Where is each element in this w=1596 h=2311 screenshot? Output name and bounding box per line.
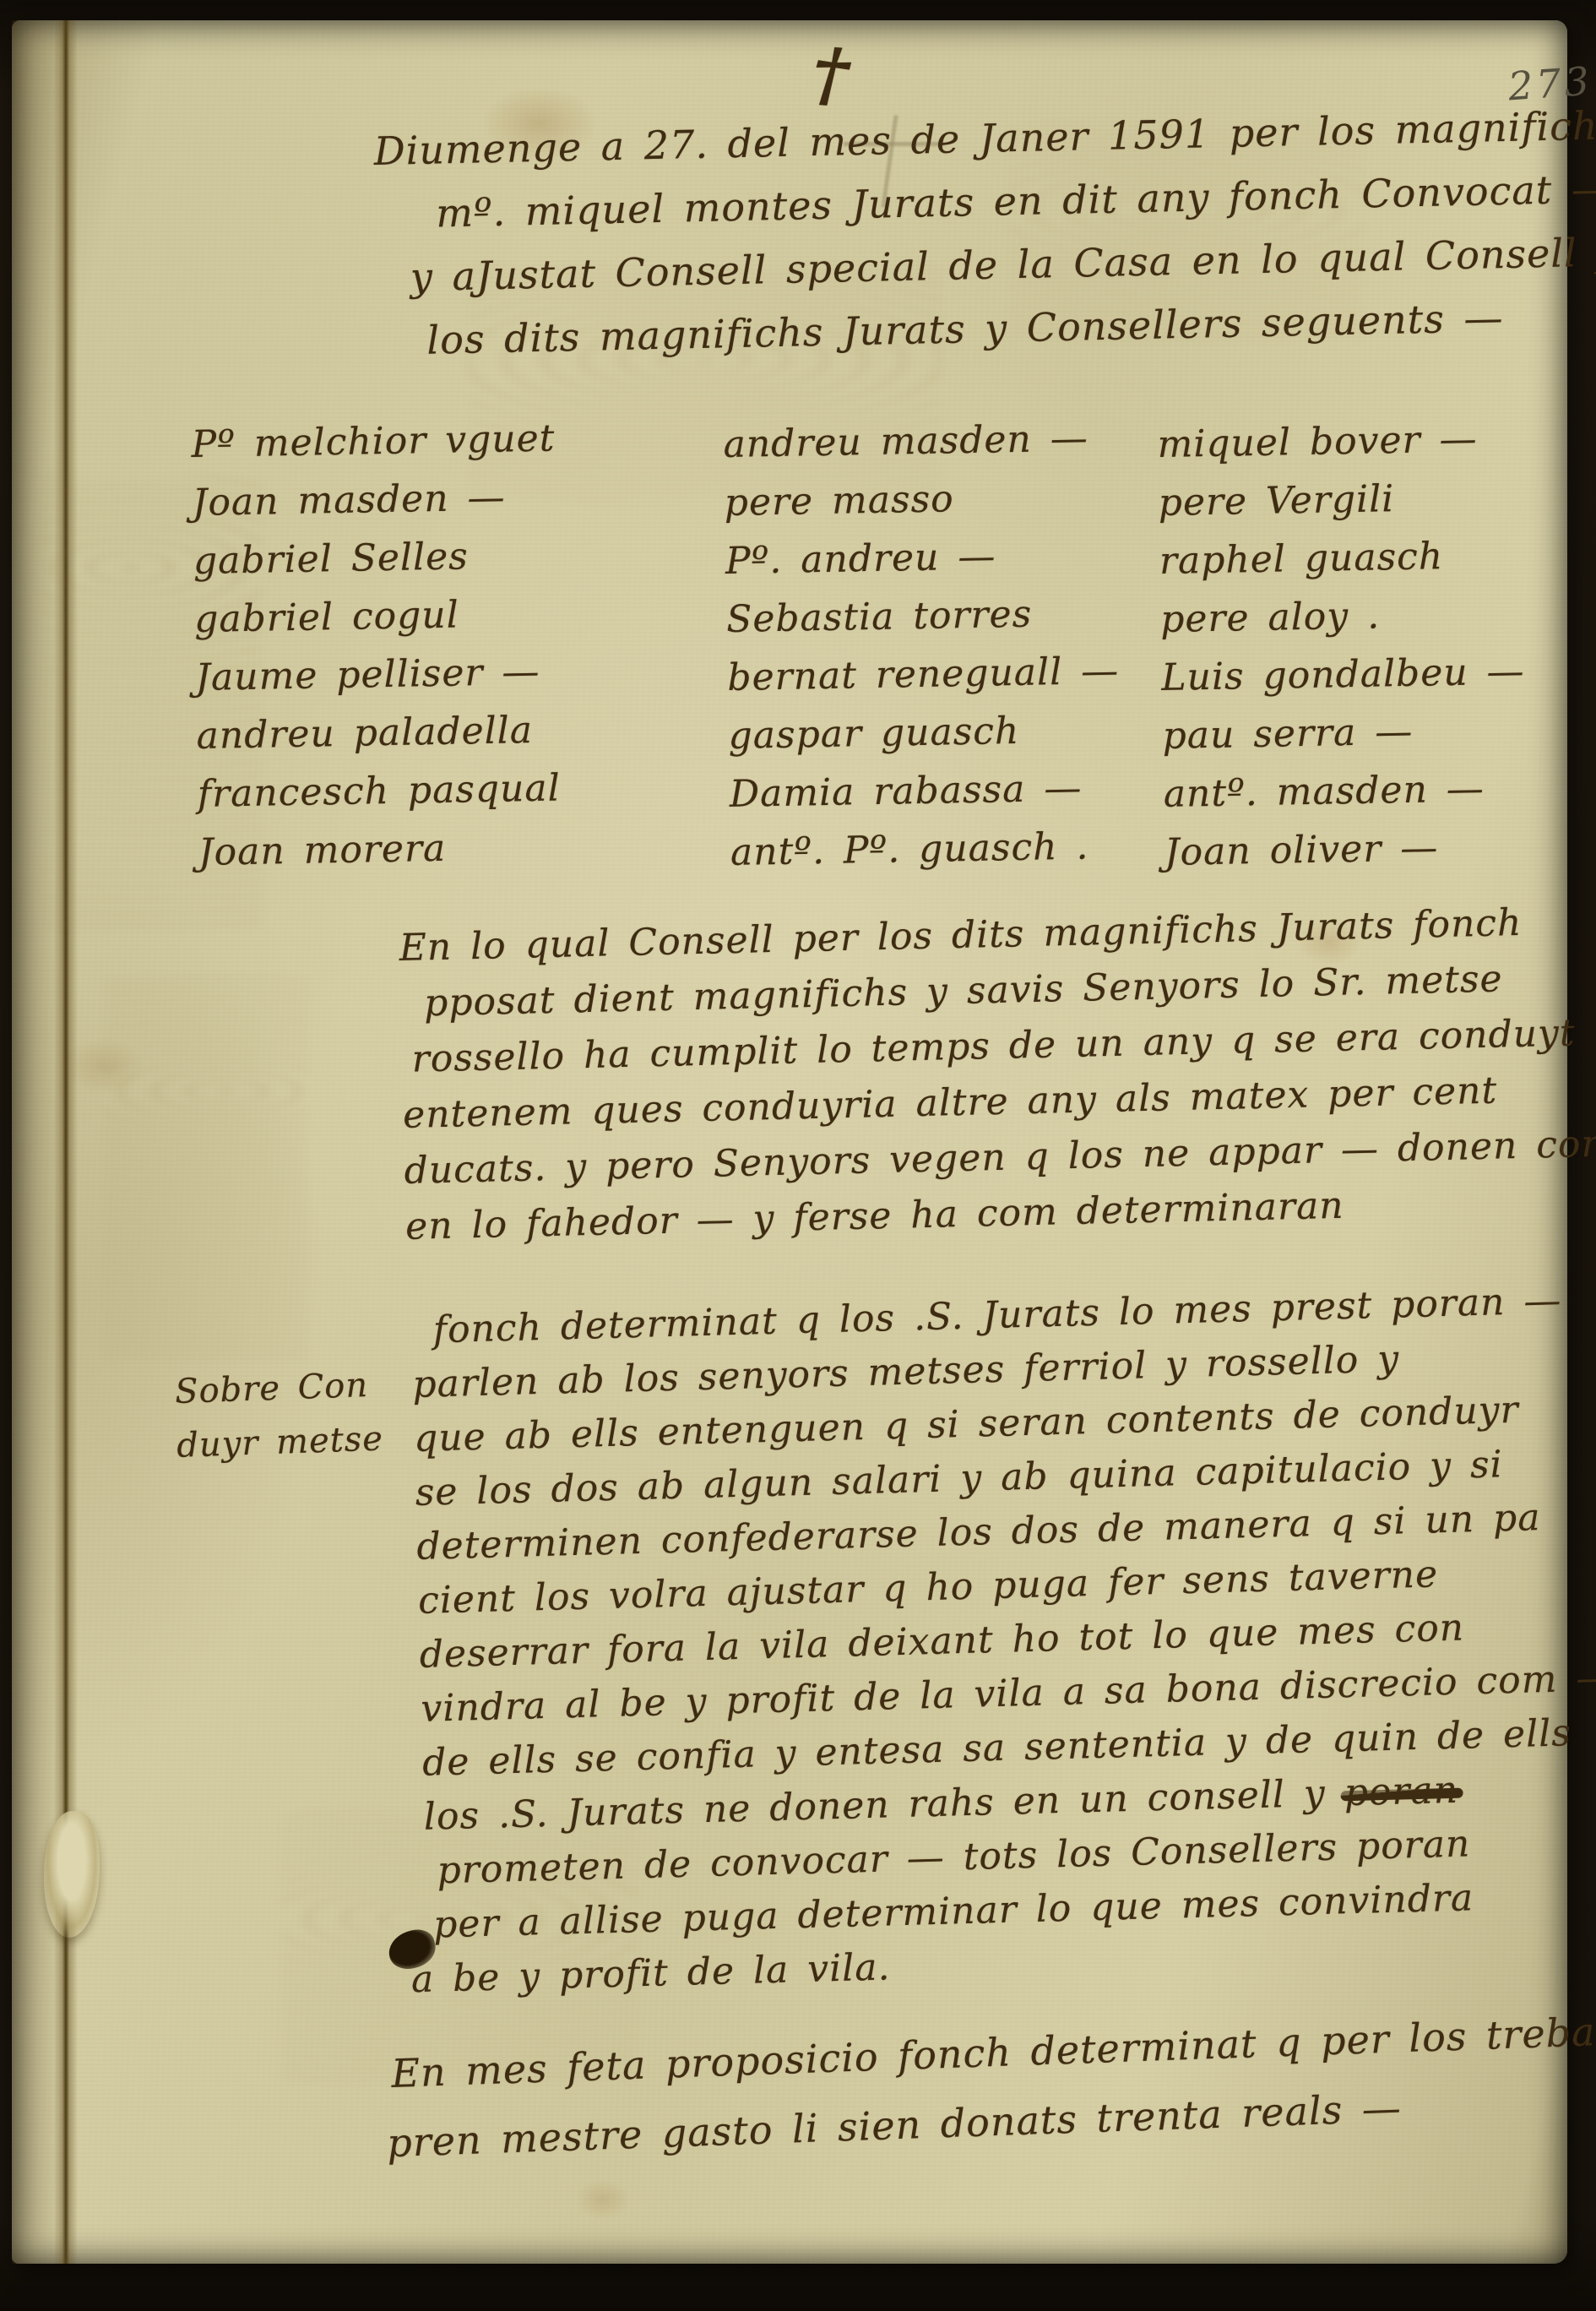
margin-note-line: duyr metse — [176, 1411, 384, 1473]
attendee-name: gabriel Selles — [193, 525, 557, 590]
attendee-name: bernat reneguall — — [727, 642, 1120, 707]
attendee-column-2: andreu masden — pere masso Pº. andreu — … — [723, 409, 1122, 882]
attendee-name: Sebastia torres — [726, 584, 1119, 649]
attendee-name: miquel bover — — [1157, 409, 1521, 473]
attendee-name: Damia rabassa — — [729, 759, 1121, 824]
attendee-name: andreu masden — — [723, 409, 1116, 474]
paper-damage — [44, 1811, 100, 1938]
gutter-shadow — [12, 20, 57, 2264]
attendee-column-3: miquel bover — pere Vergili raphel guasc… — [1157, 409, 1528, 881]
attendee-name: gabriel cogul — [194, 584, 559, 649]
attendee-name: pau serra — — [1162, 700, 1526, 764]
attendee-name: antº. Pº. guasch . — [730, 817, 1122, 882]
attendee-name: Jaume pelliser — — [195, 642, 560, 707]
attendee-name: Luis gondalbeu — — [1161, 642, 1525, 706]
invocation-cross-icon: † — [810, 31, 853, 117]
attendee-name: andreu paladella — [196, 700, 561, 765]
council-paragraph: En lo qual Consell per los dits magnific… — [399, 892, 1596, 1255]
attendee-name: raphel guasch — [1159, 525, 1523, 590]
attendee-name: Pº melchior vguet — [191, 409, 556, 474]
attendee-name: pere Vergili — [1158, 467, 1522, 531]
attendee-name: Pº. andreu — — [725, 525, 1117, 590]
closing-paragraph: En mes feta proposicio fonch determinat … — [390, 1995, 1596, 2178]
attendee-name: Joan morera — [198, 817, 562, 882]
attendee-column-1: Pº melchior vguet Joan masden — gabriel … — [191, 409, 562, 881]
attendee-name: gaspar guasch — [728, 700, 1121, 765]
struck-word: poran — [1344, 1769, 1459, 1815]
heading-paragraph: Diumenge a 27. del mes de Janer 1591 per… — [373, 92, 1596, 373]
ink-bleedthrough — [105, 975, 307, 1363]
attendee-name: pere masso — [724, 467, 1116, 532]
manuscript-scan: † 273 Diumenge a 27. del mes de Janer 15… — [0, 0, 1596, 2311]
attendee-name: Joan masden — — [192, 467, 556, 532]
attendee-name: Joan oliver — — [1164, 817, 1528, 881]
attendee-name: francesch pasqual — [197, 759, 562, 824]
attendee-name: antº. masden — — [1163, 759, 1527, 823]
resolution-paragraph: fonch determinat q los .S. Jurats lo mes… — [410, 1273, 1596, 2007]
manuscript-page: † 273 Diumenge a 27. del mes de Janer 15… — [12, 20, 1567, 2264]
attendee-name: pere aloy . — [1160, 584, 1524, 648]
margin-note-line: Sobre Con — [174, 1357, 383, 1419]
margin-note: Sobre Con duyr metse — [174, 1357, 384, 1472]
